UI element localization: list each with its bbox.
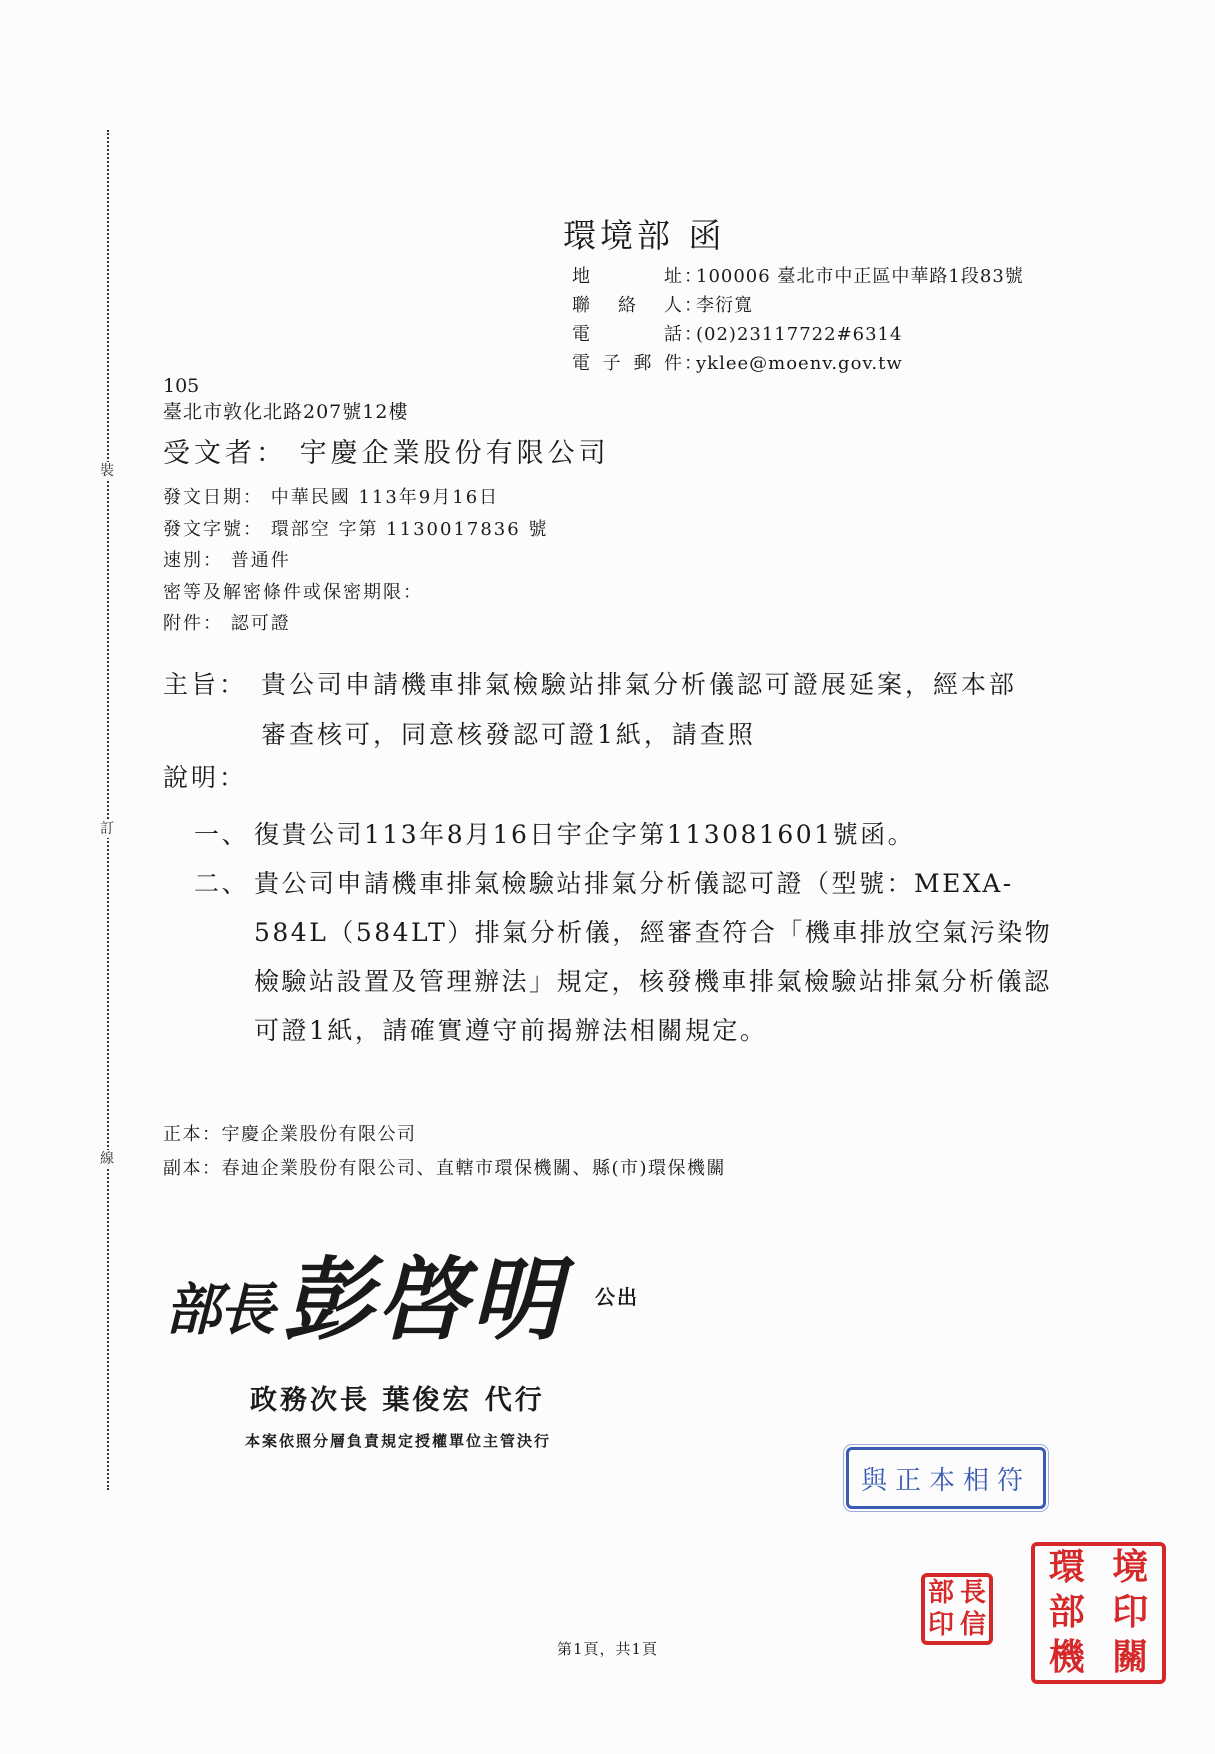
acting-signatory: 政務次長 葉俊宏 代行: [250, 1378, 545, 1417]
contact-person: 聯 絡 人 ：李衍寬: [572, 291, 1024, 320]
minister-signature: 部長 彭啓明 公出: [165, 1250, 639, 1350]
signature-title: 部長: [165, 1270, 273, 1350]
subject-section: 主旨： 貴公司申請機車排氣檢驗站排氣分析儀認可證展延案，經本部審查核可，同意核發…: [163, 660, 1041, 760]
contact-phone: 電 話 ：(02)23117722#6314: [572, 320, 1024, 349]
document-title: 環境部 函: [563, 210, 726, 257]
distribution-block: 正本：宇慶企業股份有限公司 副本：春迪企業股份有限公司、直轄市環保機關、縣(市)…: [163, 1118, 726, 1186]
item-number: 一、: [194, 810, 254, 859]
binding-mark-zhuang: 裝: [96, 462, 118, 480]
delivery-speed: 速別： 普通件: [163, 545, 548, 577]
contact-email: 電 子 郵 件 ：yklee@moenv.gov.tw: [572, 349, 1024, 378]
contact-value: (02)23117722#6314: [696, 320, 902, 349]
explanation-item: 二、 貴公司申請機車排氣檢驗站排氣分析儀認可證（型號：MEXA-584L（584…: [194, 859, 1054, 1055]
issue-date: 發文日期： 中華民國 113年9月16日: [163, 482, 548, 514]
seal-large: 環 境 部 印 機 關: [1031, 1542, 1166, 1684]
binding-line: [107, 130, 109, 1490]
contact-label: 地 址: [572, 262, 684, 291]
binding-mark-xian: 線: [96, 1150, 118, 1168]
explanation-label: 說明：: [163, 758, 247, 794]
recipient-address: 臺北市敦化北路207號12樓: [163, 399, 610, 425]
item-text: 貴公司申請機車排氣檢驗站排氣分析儀認可證（型號：MEXA-584L（584LT）…: [254, 859, 1054, 1055]
contact-label: 電 話: [572, 320, 684, 349]
subject-label: 主旨：: [163, 660, 261, 760]
explanation-list: 一、 復貴公司113年8月16日宇企字第113081601號函。 二、 貴公司申…: [194, 810, 1054, 1055]
signature-name: 彭啓明: [283, 1250, 565, 1350]
signature-absent-note: 公出: [595, 1281, 639, 1310]
contact-address: 地 址 ：100006 臺北市中正區中華路1段83號: [572, 262, 1024, 291]
reference-number: 發文字號： 環部空 字第 1130017836 號: [163, 514, 548, 546]
recipient-block: 105 臺北市敦化北路207號12樓 受文者： 宇慶企業股份有限公司: [163, 373, 610, 473]
recipient-name: 宇慶企業股份有限公司: [300, 438, 610, 469]
document-meta: 發文日期： 中華民國 113年9月16日 發文字號： 環部空 字第 113001…: [163, 482, 548, 640]
explanation-item: 一、 復貴公司113年8月16日宇企字第113081601號函。: [194, 810, 1054, 859]
binding-mark-ding: 訂: [96, 820, 118, 838]
item-text: 復貴公司113年8月16日宇企字第113081601號函。: [254, 810, 1054, 859]
contact-label: 聯 絡 人: [572, 291, 684, 320]
true-copy-stamp: 與正本相符: [846, 1447, 1046, 1509]
contact-value: 李衍寬: [696, 291, 753, 320]
security-level: 密等及解密條件或保密期限：: [163, 577, 548, 609]
cc-recipients: 副本：春迪企業股份有限公司、直轄市環保機關、縣(市)環保機關: [163, 1152, 726, 1186]
recipient-line: 受文者： 宇慶企業股份有限公司: [163, 435, 610, 473]
item-number: 二、: [194, 859, 254, 1055]
recipient-zip: 105: [163, 373, 610, 399]
attachment: 附件： 認可證: [163, 608, 548, 640]
page-number: 第1頁，共1頁: [0, 1638, 1215, 1659]
sender-contact-block: 地 址 ：100006 臺北市中正區中華路1段83號 聯 絡 人 ：李衍寬 電 …: [572, 262, 1024, 378]
original-recipient: 正本：宇慶企業股份有限公司: [163, 1118, 726, 1152]
delegation-note: 本案依照分層負責規定授權單位主管決行: [245, 1430, 551, 1451]
contact-value: 100006 臺北市中正區中華路1段83號: [696, 262, 1024, 291]
recipient-label: 受文者：: [163, 438, 287, 469]
contact-value: yklee@moenv.gov.tw: [696, 349, 903, 378]
seal-small: 部 長 印 信: [921, 1573, 993, 1645]
subject-text: 貴公司申請機車排氣檢驗站排氣分析儀認可證展延案，經本部審查核可，同意核發認可證1…: [261, 660, 1041, 760]
